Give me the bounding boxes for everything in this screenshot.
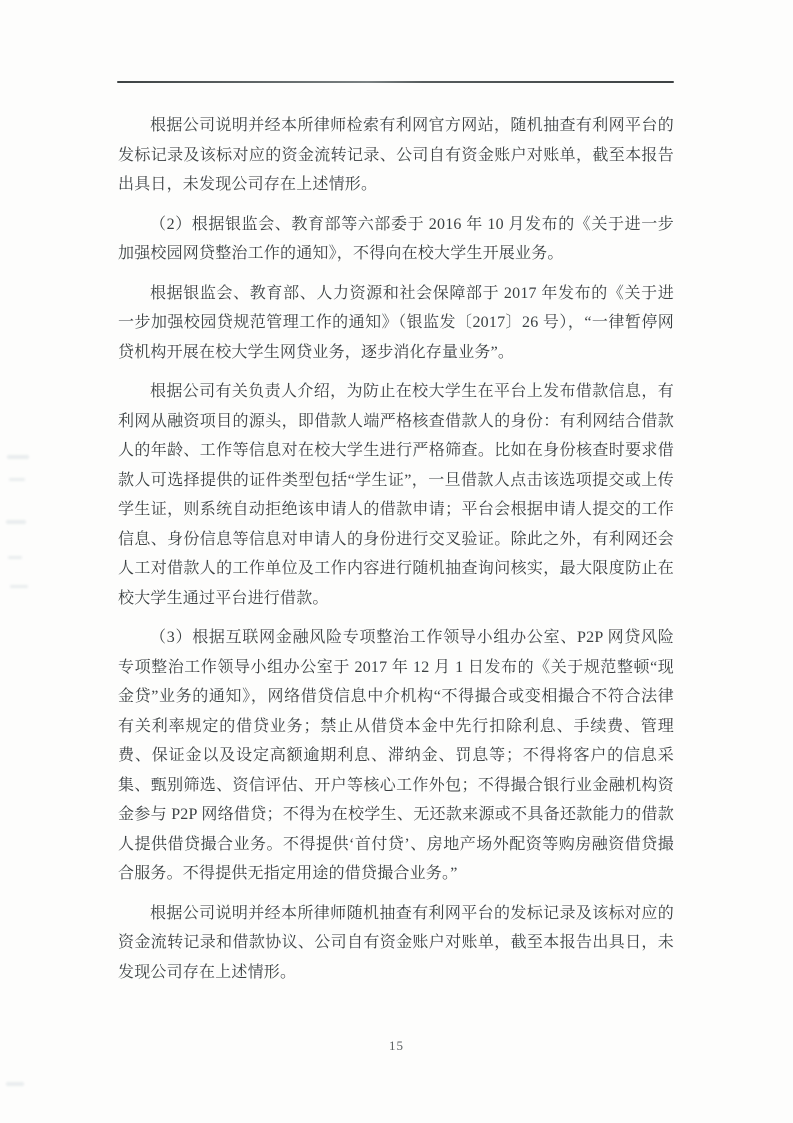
document-page: 根据公司说明并经本所律师检索有利网官方网站，随机抽查有利网平台的发标记录及该标对… xyxy=(0,0,793,1123)
scan-artifact xyxy=(6,520,26,524)
paragraph: （3）根据互联网金融风险专项整治工作领导小组办公室、P2P 网贷风险专项整治工作… xyxy=(118,623,674,889)
paragraph: （2）根据银监会、教育部等六部委于 2016 年 10 月发布的《关于进一步加强… xyxy=(118,210,674,269)
paragraph: 根据公司说明并经本所律师随机抽查有利网平台的发标记录及该标对应的资金流转记录和借… xyxy=(118,899,674,988)
document-body: 根据公司说明并经本所律师检索有利网官方网站，随机抽查有利网平台的发标记录及该标对… xyxy=(118,111,674,997)
scan-artifact xyxy=(9,478,25,481)
scan-artifact xyxy=(7,455,29,459)
scan-artifact xyxy=(8,556,22,559)
scan-artifact xyxy=(6,1082,24,1086)
page-number: 15 xyxy=(0,1038,793,1054)
paragraph: 根据银监会、教育部、人力资源和社会保障部于 2017 年发布的《关于进一步加强校… xyxy=(118,279,674,368)
paragraph: 根据公司有关负责人介绍，为防止在校大学生在平台上发布借款信息，有利网从融资项目的… xyxy=(118,377,674,613)
header-rule xyxy=(117,81,674,83)
scan-artifact xyxy=(10,585,28,588)
paragraph: 根据公司说明并经本所律师检索有利网官方网站，随机抽查有利网平台的发标记录及该标对… xyxy=(118,111,674,200)
